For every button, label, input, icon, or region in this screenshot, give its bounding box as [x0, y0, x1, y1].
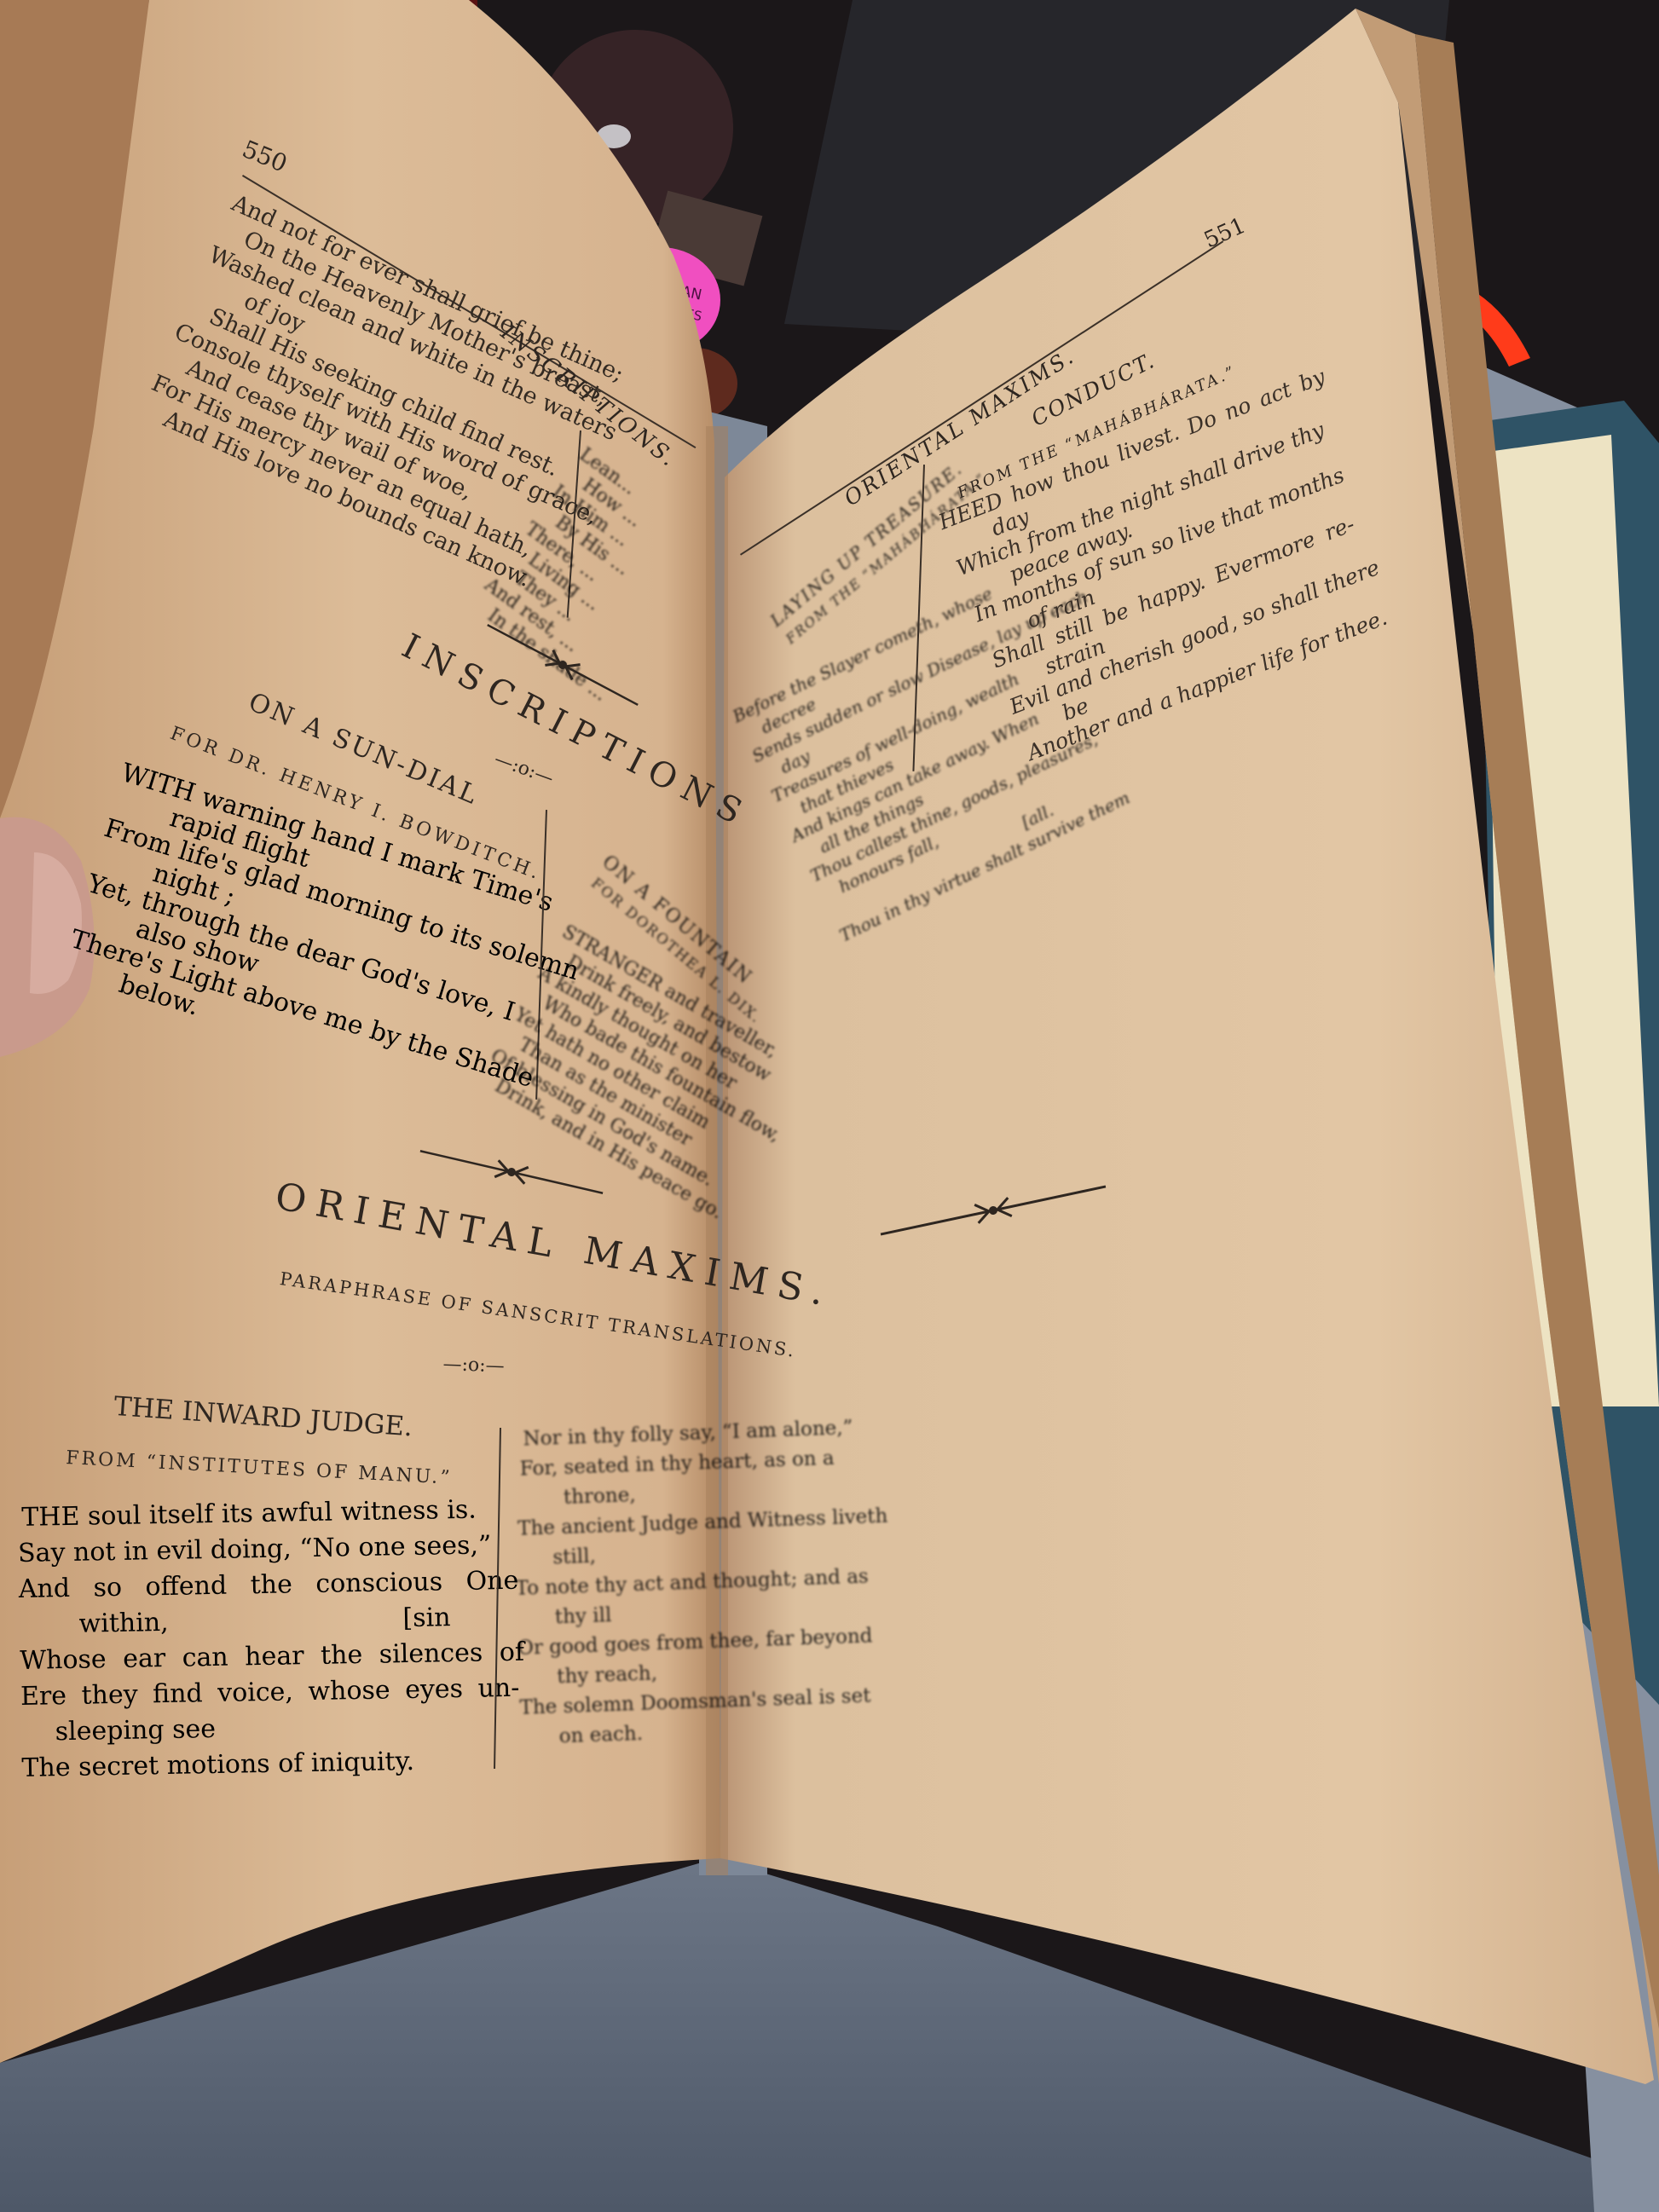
right-page: 551 ORIENTAL MAXIMS. LAYING UP TREASURE.…: [0, 0, 1659, 2212]
page-number-right: 551: [1200, 213, 1250, 254]
fleuron-end-icon: [877, 1170, 1109, 1250]
